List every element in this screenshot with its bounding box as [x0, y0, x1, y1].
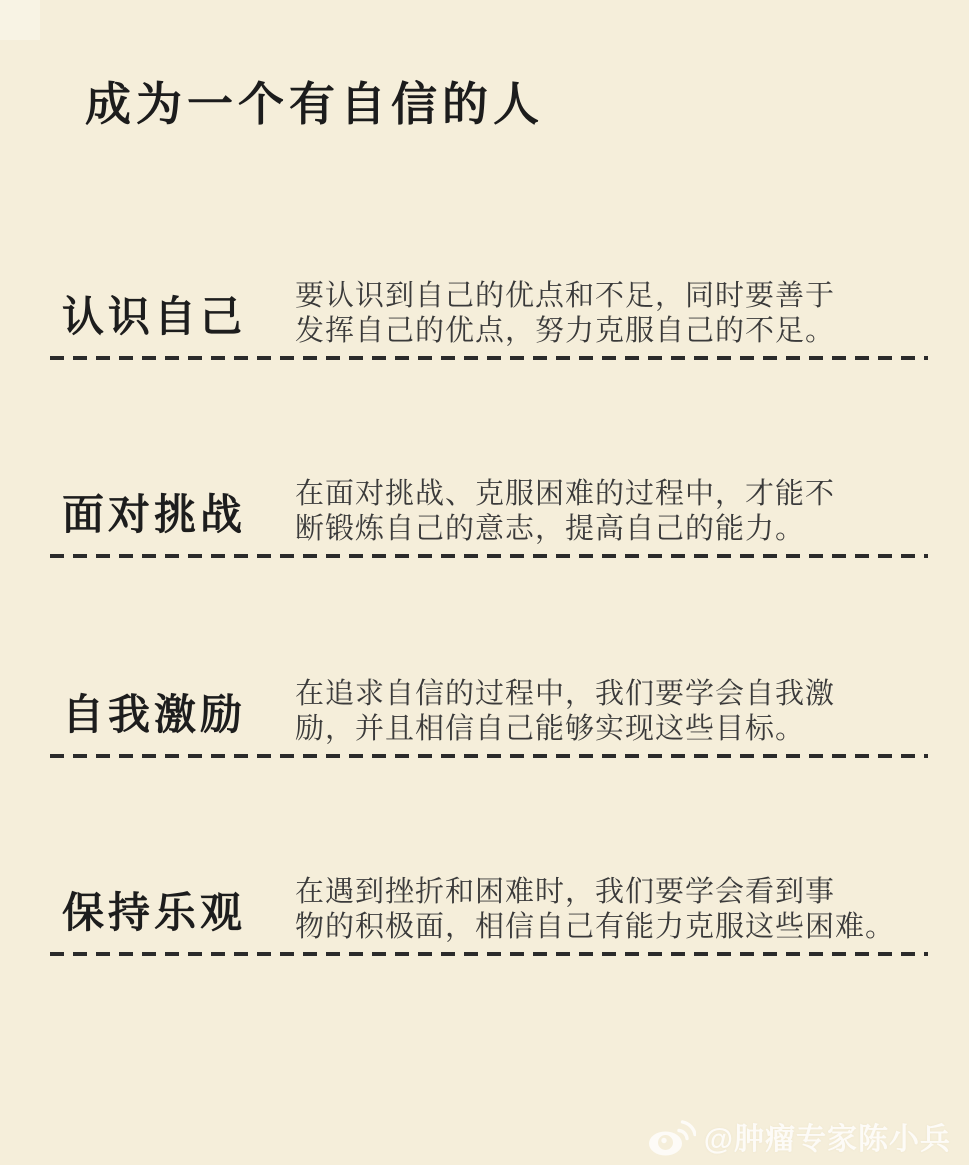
section-stay-optimistic: 保持乐观 在遇到挫折和困难时，我们要学会看到事 物的积极面，相信自己有能力克服这… — [50, 875, 928, 956]
watermark: @肿瘤专家陈小兵 — [648, 1114, 951, 1158]
section-self-motivation: 自我激励 在追求自信的过程中，我们要学会自我激 励，并且相信自己能够实现这些目标… — [50, 677, 928, 758]
page-title: 成为一个有自信的人 — [85, 76, 544, 132]
section-body: 要认识到自己的优点和不足，同时要善于 发挥自己的优点，努力克服自己的不足。 — [295, 279, 928, 349]
section-body: 在遇到挫折和困难时，我们要学会看到事 物的积极面，相信自己有能力克服这些困难。 — [295, 875, 928, 945]
section-heading: 面对挑战 — [50, 482, 295, 542]
section-body: 在面对挑战、克服困难的过程中，才能不 断锻炼自己的意志，提高自己的能力。 — [295, 477, 928, 547]
poster: 成为一个有自信的人 认识自己 要认识到自己的优点和不足，同时要善于 发挥自己的优… — [0, 0, 969, 1165]
dashed-divider — [50, 754, 928, 758]
section-know-yourself: 认识自己 要认识到自己的优点和不足，同时要善于 发挥自己的优点，努力克服自己的不… — [50, 279, 928, 360]
section-body: 在追求自信的过程中，我们要学会自我激 励，并且相信自己能够实现这些目标。 — [295, 677, 928, 747]
section-heading: 认识自己 — [50, 284, 295, 344]
corner-highlight — [0, 0, 40, 40]
watermark-handle: @肿瘤专家陈小兵 — [704, 1114, 951, 1158]
dashed-divider — [50, 952, 928, 956]
dashed-divider — [50, 356, 928, 360]
section-face-challenges: 面对挑战 在面对挑战、克服困难的过程中，才能不 断锻炼自己的意志，提高自己的能力… — [50, 477, 928, 558]
section-heading: 保持乐观 — [50, 880, 295, 940]
section-row: 自我激励 在追求自信的过程中，我们要学会自我激 励，并且相信自己能够实现这些目标… — [50, 677, 928, 747]
weibo-icon — [648, 1115, 696, 1157]
section-row: 保持乐观 在遇到挫折和困难时，我们要学会看到事 物的积极面，相信自己有能力克服这… — [50, 875, 928, 945]
dashed-divider — [50, 554, 928, 558]
section-heading: 自我激励 — [50, 682, 295, 742]
section-row: 面对挑战 在面对挑战、克服困难的过程中，才能不 断锻炼自己的意志，提高自己的能力… — [50, 477, 928, 547]
section-row: 认识自己 要认识到自己的优点和不足，同时要善于 发挥自己的优点，努力克服自己的不… — [50, 279, 928, 349]
